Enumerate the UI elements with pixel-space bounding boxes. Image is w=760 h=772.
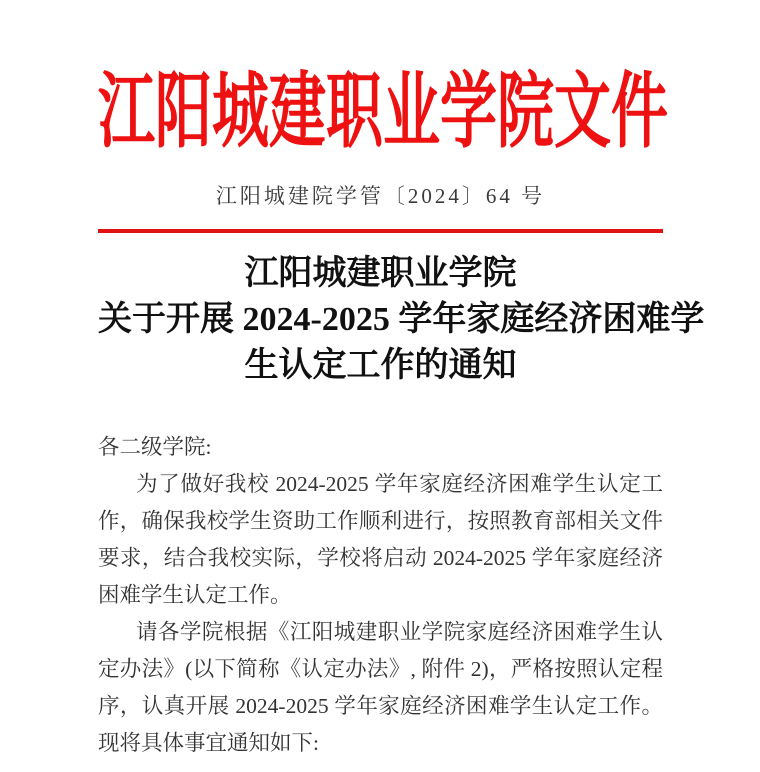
paragraph-1: 为了做好我校 2024-2025 学年家庭经济困难学生认定工作，确保我校学生资助… (98, 466, 663, 614)
paragraph-2: 请各学院根据《江阳城建职业学院家庭经济困难学生认定办法》(以下简称《认定办法》,… (98, 614, 663, 762)
letterhead-banner-title: 江阳城建职业学院文件 (98, 54, 663, 173)
document-number: 江阳城建院学管〔2024〕64 号 (98, 182, 663, 210)
document-page: 江阳城建职业学院文件 江阳城建院学管〔2024〕64 号 江阳城建职业学院 关于… (0, 0, 760, 772)
document-content: 江阳城建职业学院文件 江阳城建院学管〔2024〕64 号 江阳城建职业学院 关于… (0, 54, 760, 762)
notice-body: 各二级学院: 为了做好我校 2024-2025 学年家庭经济困难学生认定工作，确… (98, 429, 663, 762)
notice-title-line-1: 江阳城建职业学院 (98, 251, 663, 297)
notice-title-line-2: 关于开展 2024-2025 学年家庭经济困难学 (98, 297, 663, 343)
salutation: 各二级学院: (98, 429, 663, 466)
red-separator-line (98, 229, 663, 233)
notice-title-line-3: 生认定工作的通知 (98, 343, 663, 389)
notice-title: 江阳城建职业学院 关于开展 2024-2025 学年家庭经济困难学 生认定工作的… (98, 251, 663, 389)
